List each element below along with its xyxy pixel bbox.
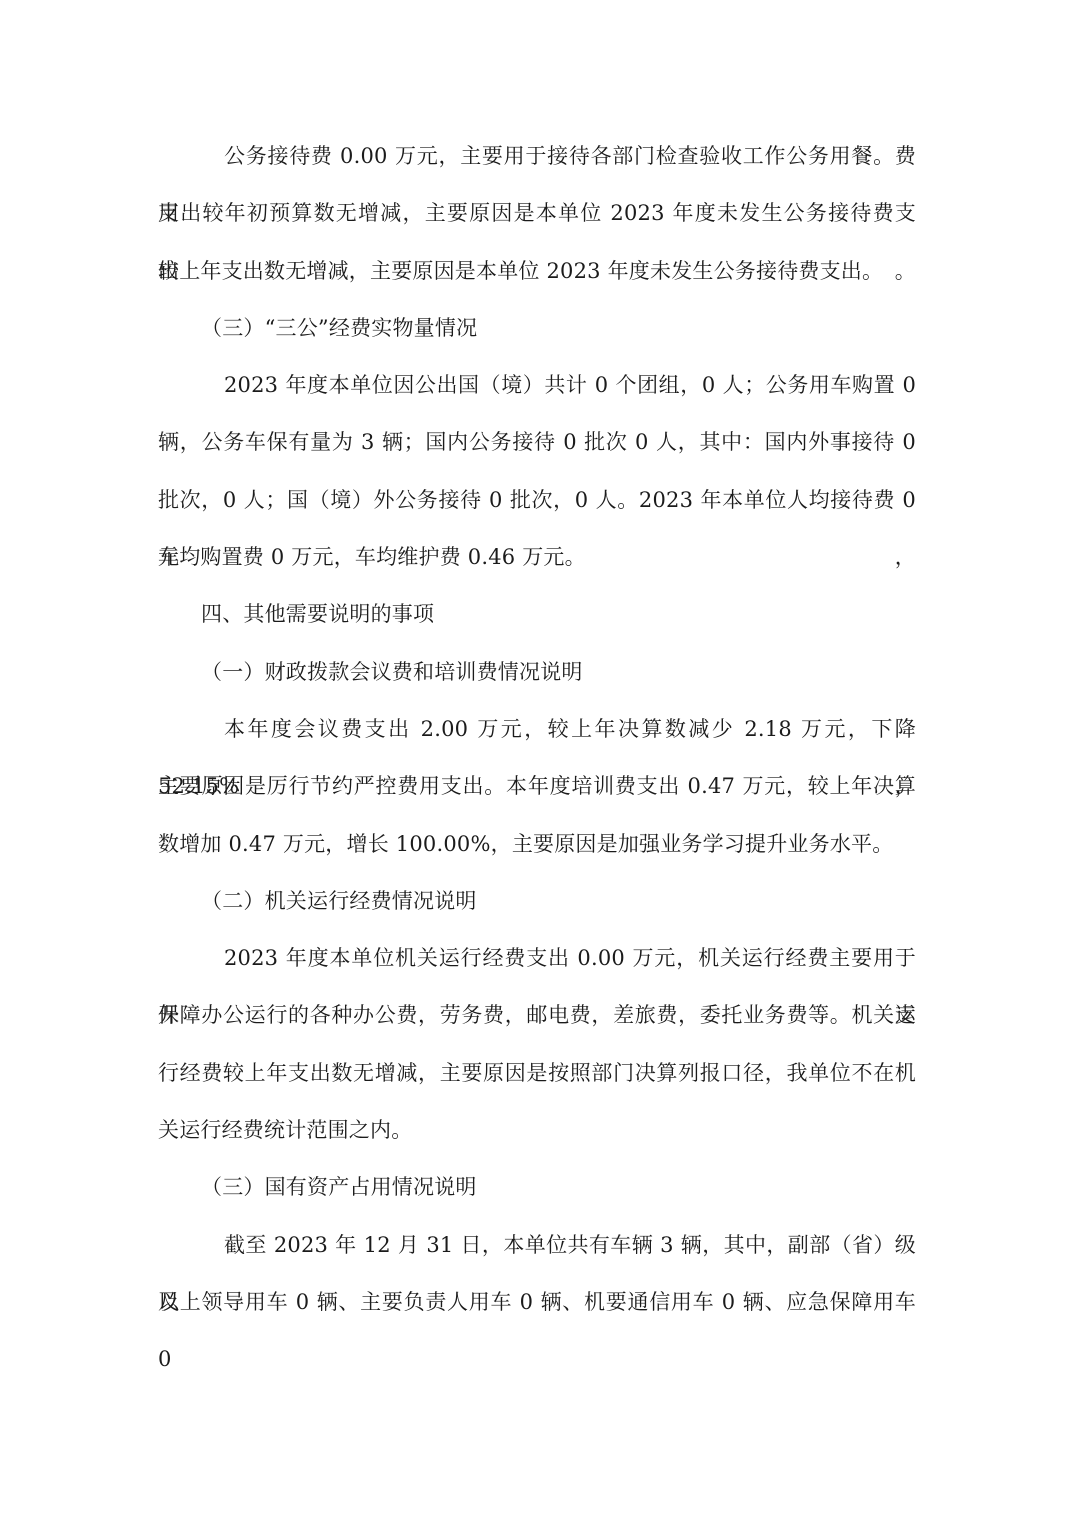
section-heading: （一）财政拨款会议费和培训费情况说明 <box>158 644 916 701</box>
body-line: 较上年支出数无增减，主要原因是本单位 2023 年度未发生公务接待费支出。 <box>158 243 916 300</box>
body-line: 截至 2023 年 12 月 31 日，本单位共有车辆 3 辆，其中，副部（省）… <box>158 1217 916 1274</box>
body-line: 本年度会议费支出 2.00 万元，较上年决算数减少 2.18 万元，下降 52.… <box>158 701 916 758</box>
document-content: 公务接待费 0.00 万元，主要用于接待各部门检查验收工作公务用餐。费用 支出较… <box>158 128 916 1331</box>
body-line: 行经费较上年支出数无增减，主要原因是按照部门决算列报口径，我单位不在机 <box>158 1045 916 1102</box>
body-line: 保障办公运行的各种办公费，劳务费，邮电费，差旅费，委托业务费等。机关运 <box>158 987 916 1044</box>
body-line: 支出较年初预算数无增减，主要原因是本单位 2023 年度未发生公务接待费支出。 <box>158 185 916 242</box>
document-page: 公务接待费 0.00 万元，主要用于接待各部门检查验收工作公务用餐。费用 支出较… <box>0 0 1074 1520</box>
body-line: 以上领导用车 0 辆、主要负责人用车 0 辆、机要通信用车 0 辆、应急保障用车… <box>158 1274 916 1331</box>
body-line: 2023 年度本单位因公出国（境）共计 0 个团组，0 人；公务用车购置 0 <box>158 357 916 414</box>
section-heading: （三）“三公”经费实物量情况 <box>158 300 916 357</box>
section-heading: （二）机关运行经费情况说明 <box>158 873 916 930</box>
body-line: 辆，公务车保有量为 3 辆；国内公务接待 0 批次 0 人，其中：国内外事接待 … <box>158 414 916 471</box>
body-line: 主要原因是厉行节约严控费用支出。本年度培训费支出 0.47 万元，较上年决算 <box>158 758 916 815</box>
body-line: 2023 年度本单位机关运行经费支出 0.00 万元，机关运行经费主要用于开支 <box>158 930 916 987</box>
body-line: 数增加 0.47 万元，增长 100.00%，主要原因是加强业务学习提升业务水平… <box>158 816 916 873</box>
section-heading: 四、其他需要说明的事项 <box>158 586 916 643</box>
body-line: 关运行经费统计范围之内。 <box>158 1102 916 1159</box>
body-line: 公务接待费 0.00 万元，主要用于接待各部门检查验收工作公务用餐。费用 <box>158 128 916 185</box>
body-line: 批次，0 人；国（境）外公务接待 0 批次，0 人。2023 年本单位人均接待费… <box>158 472 916 529</box>
section-heading: （三）国有资产占用情况说明 <box>158 1159 916 1216</box>
